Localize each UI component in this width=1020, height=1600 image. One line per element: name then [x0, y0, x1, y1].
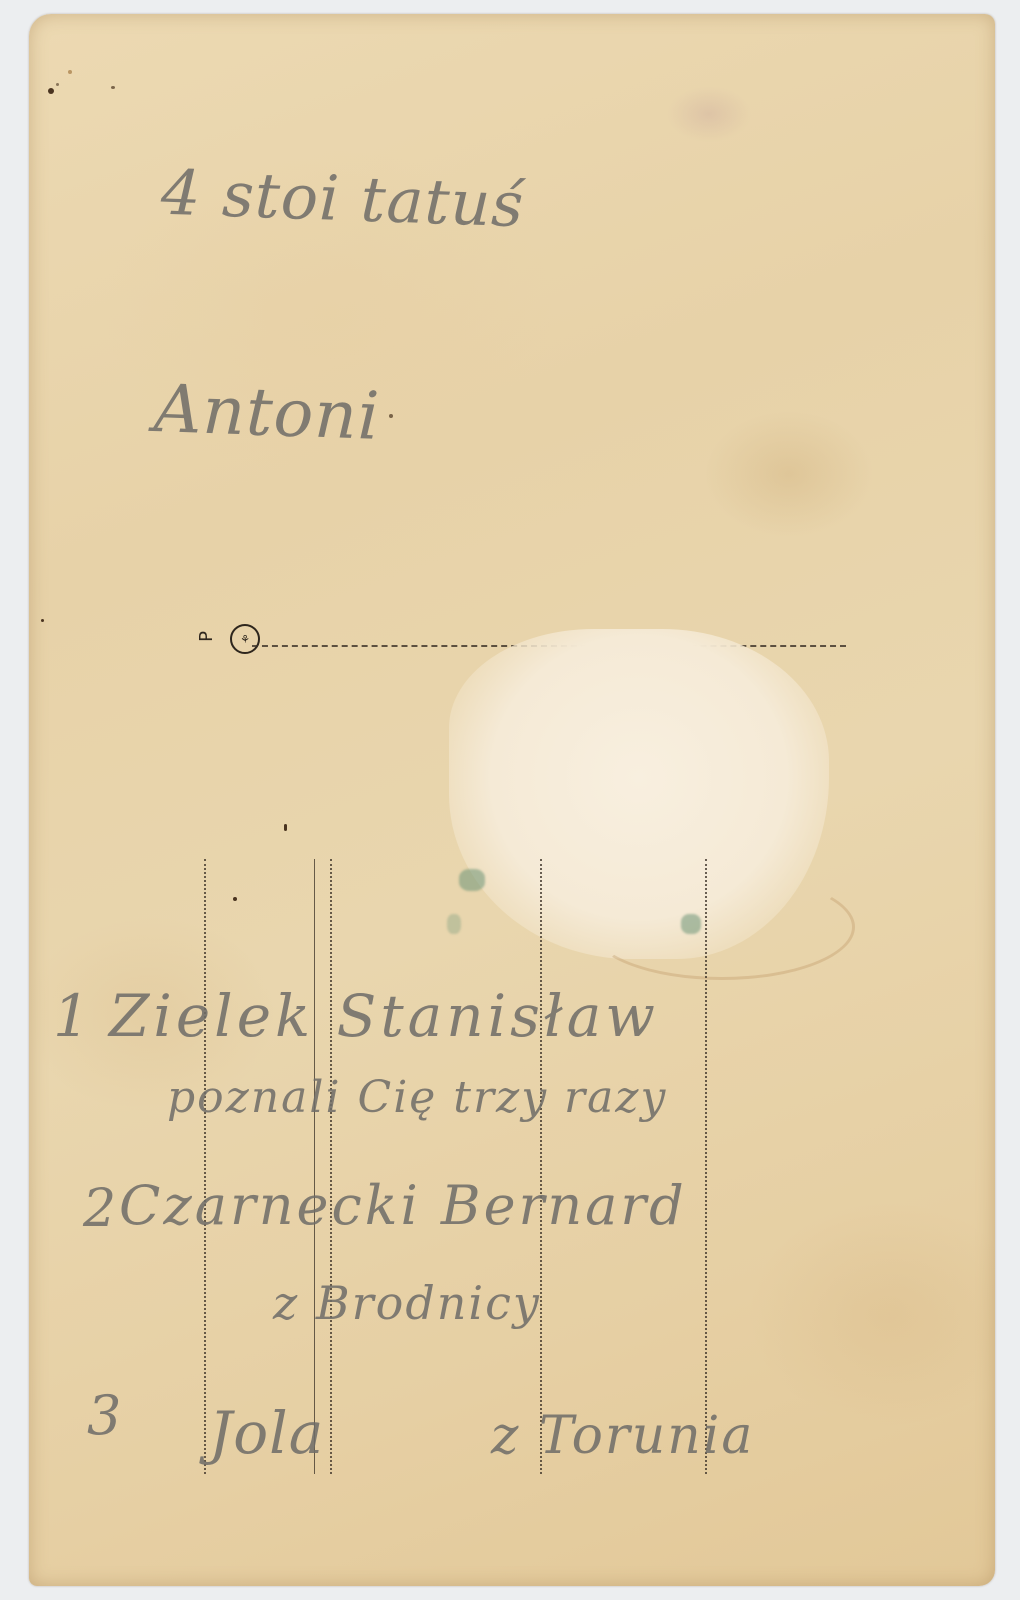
entry-3-name: Jola: [209, 1399, 324, 1467]
foxing-speck: [284, 824, 287, 831]
entry-1-note: poznali Cię trzy razy: [167, 1072, 667, 1123]
stain-ring: [589, 874, 855, 980]
foxing-speck: [56, 83, 59, 86]
foxing-speck: [111, 86, 115, 89]
green-mark: [447, 914, 461, 934]
foxing-speck: [68, 70, 72, 74]
foxing-speck: [389, 414, 393, 418]
handwritten-line-1: 4 stoi tatuś: [160, 156, 526, 242]
entry-1-number: 1: [53, 982, 91, 1050]
handwritten-line-2: Antoni: [153, 370, 382, 455]
column-rule: [204, 859, 206, 1474]
green-mark: [459, 869, 485, 891]
foxing-speck: [41, 619, 44, 622]
column-rule-solid: [314, 859, 315, 1474]
foxing-speck: [233, 897, 237, 901]
entry-2-name: Czarnecki Bernard: [119, 1174, 687, 1237]
column-rule: [705, 859, 707, 1474]
publisher-logo-icon: ⚘: [230, 624, 260, 654]
entry-2-note: z Brodnicy: [273, 1276, 541, 1330]
column-rule: [330, 859, 332, 1474]
entry-3-number: 3: [87, 1384, 122, 1447]
column-rule: [540, 859, 542, 1474]
green-mark: [681, 914, 701, 934]
entry-3-note: z Torunia: [491, 1406, 754, 1466]
scan-background: 4 stoi tatuś Antoni P ⚘ 1 Zielek Stanisł…: [0, 0, 1020, 1600]
entry-1-name: Zielek Stanisław: [109, 982, 659, 1050]
printer-p-mark: P: [196, 631, 217, 642]
foxing-speck: [48, 88, 54, 94]
entry-2-number: 2: [83, 1179, 117, 1239]
postcard-back: 4 stoi tatuś Antoni P ⚘ 1 Zielek Stanisł…: [29, 14, 995, 1586]
